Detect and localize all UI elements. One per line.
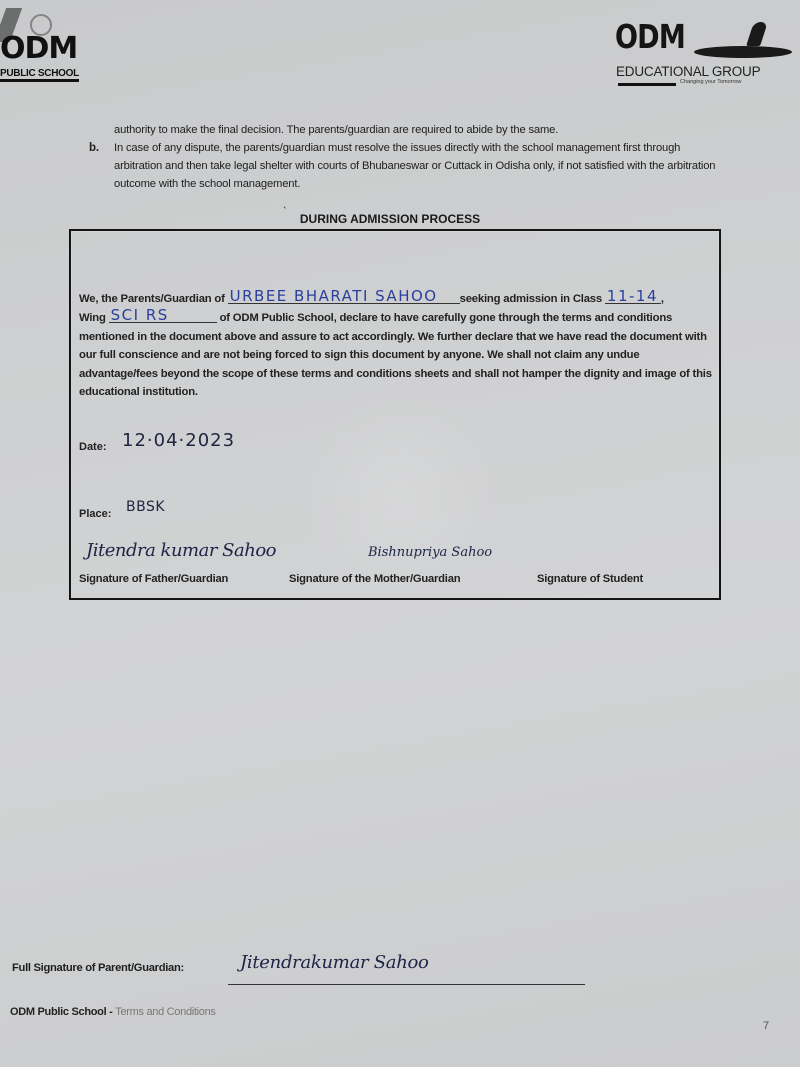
- place-label: Place:: [79, 508, 111, 520]
- terms-item-b-marker: b.: [89, 139, 99, 157]
- full-signature-label: Full Signature of Parent/Guardian:: [12, 962, 184, 974]
- footer-doc-title: Terms and Conditions: [115, 1006, 215, 1018]
- student-signature-label: Signature of Student: [537, 573, 643, 585]
- logo-mark: ODM: [0, 34, 77, 64]
- declaration-part-3: Wing: [79, 312, 109, 324]
- father-signature-label: Signature of Father/Guardian: [79, 573, 228, 585]
- logo-subtitle: EDUCATIONAL GROUP: [616, 64, 760, 79]
- full-signature-field[interactable]: Jitendrakumar Sahoo: [240, 952, 429, 973]
- footer-document-title: ODM Public School - Terms and Conditions: [10, 1006, 216, 1018]
- watermark: [300, 390, 500, 600]
- mother-signature-label: Signature of the Mother/Guardian: [289, 573, 460, 585]
- page-number: 7: [763, 1020, 769, 1032]
- footer-separator: -: [106, 1006, 115, 1018]
- student-name-field[interactable]: URBEE BHARATI SAHOO: [228, 289, 460, 304]
- logo-tagline: Changing your Tomorrow: [618, 81, 786, 87]
- footer-school-name: ODM Public School: [10, 1006, 106, 1018]
- odm-public-school-logo: ODM PUBLIC SCHOOL: [0, 8, 80, 88]
- section-title: DURING ADMISSION PROCESS: [0, 212, 780, 226]
- father-signature[interactable]: Jitendra kumar Sahoo: [86, 540, 276, 561]
- surfer-icon: [746, 22, 768, 46]
- terms-item-b-text: In case of any dispute, the parents/guar…: [114, 139, 724, 193]
- surfboard-icon: [694, 46, 792, 58]
- declaration-part-2: seeking admission in Class: [460, 293, 605, 305]
- date-field[interactable]: 12·04·2023: [122, 430, 235, 451]
- place-field[interactable]: BBSK: [126, 499, 165, 515]
- declaration-text: We, the Parents/Guardian of URBEE BHARAT…: [79, 289, 713, 401]
- tagline-text: Changing your Tomorrow: [680, 79, 741, 85]
- logo-subtitle: PUBLIC SCHOOL: [0, 68, 79, 82]
- tagline-bar: [618, 83, 676, 86]
- class-field[interactable]: 11-14: [605, 289, 661, 304]
- wing-field[interactable]: SCI RS: [109, 308, 217, 323]
- full-signature-line: [228, 984, 585, 985]
- odm-educational-group-logo: ODM EDUCATIONAL GROUP Changing your Tomo…: [612, 18, 792, 88]
- logo-mark: ODM: [615, 20, 685, 53]
- date-label: Date:: [79, 441, 107, 453]
- declaration-part-1: We, the Parents/Guardian of: [79, 293, 228, 305]
- declaration-part-4: of ODM Public School, declare to have ca…: [79, 312, 712, 398]
- terms-continuation: authority to make the final decision. Th…: [114, 121, 734, 139]
- mother-signature[interactable]: Bishnupriya Sahoo: [368, 545, 492, 560]
